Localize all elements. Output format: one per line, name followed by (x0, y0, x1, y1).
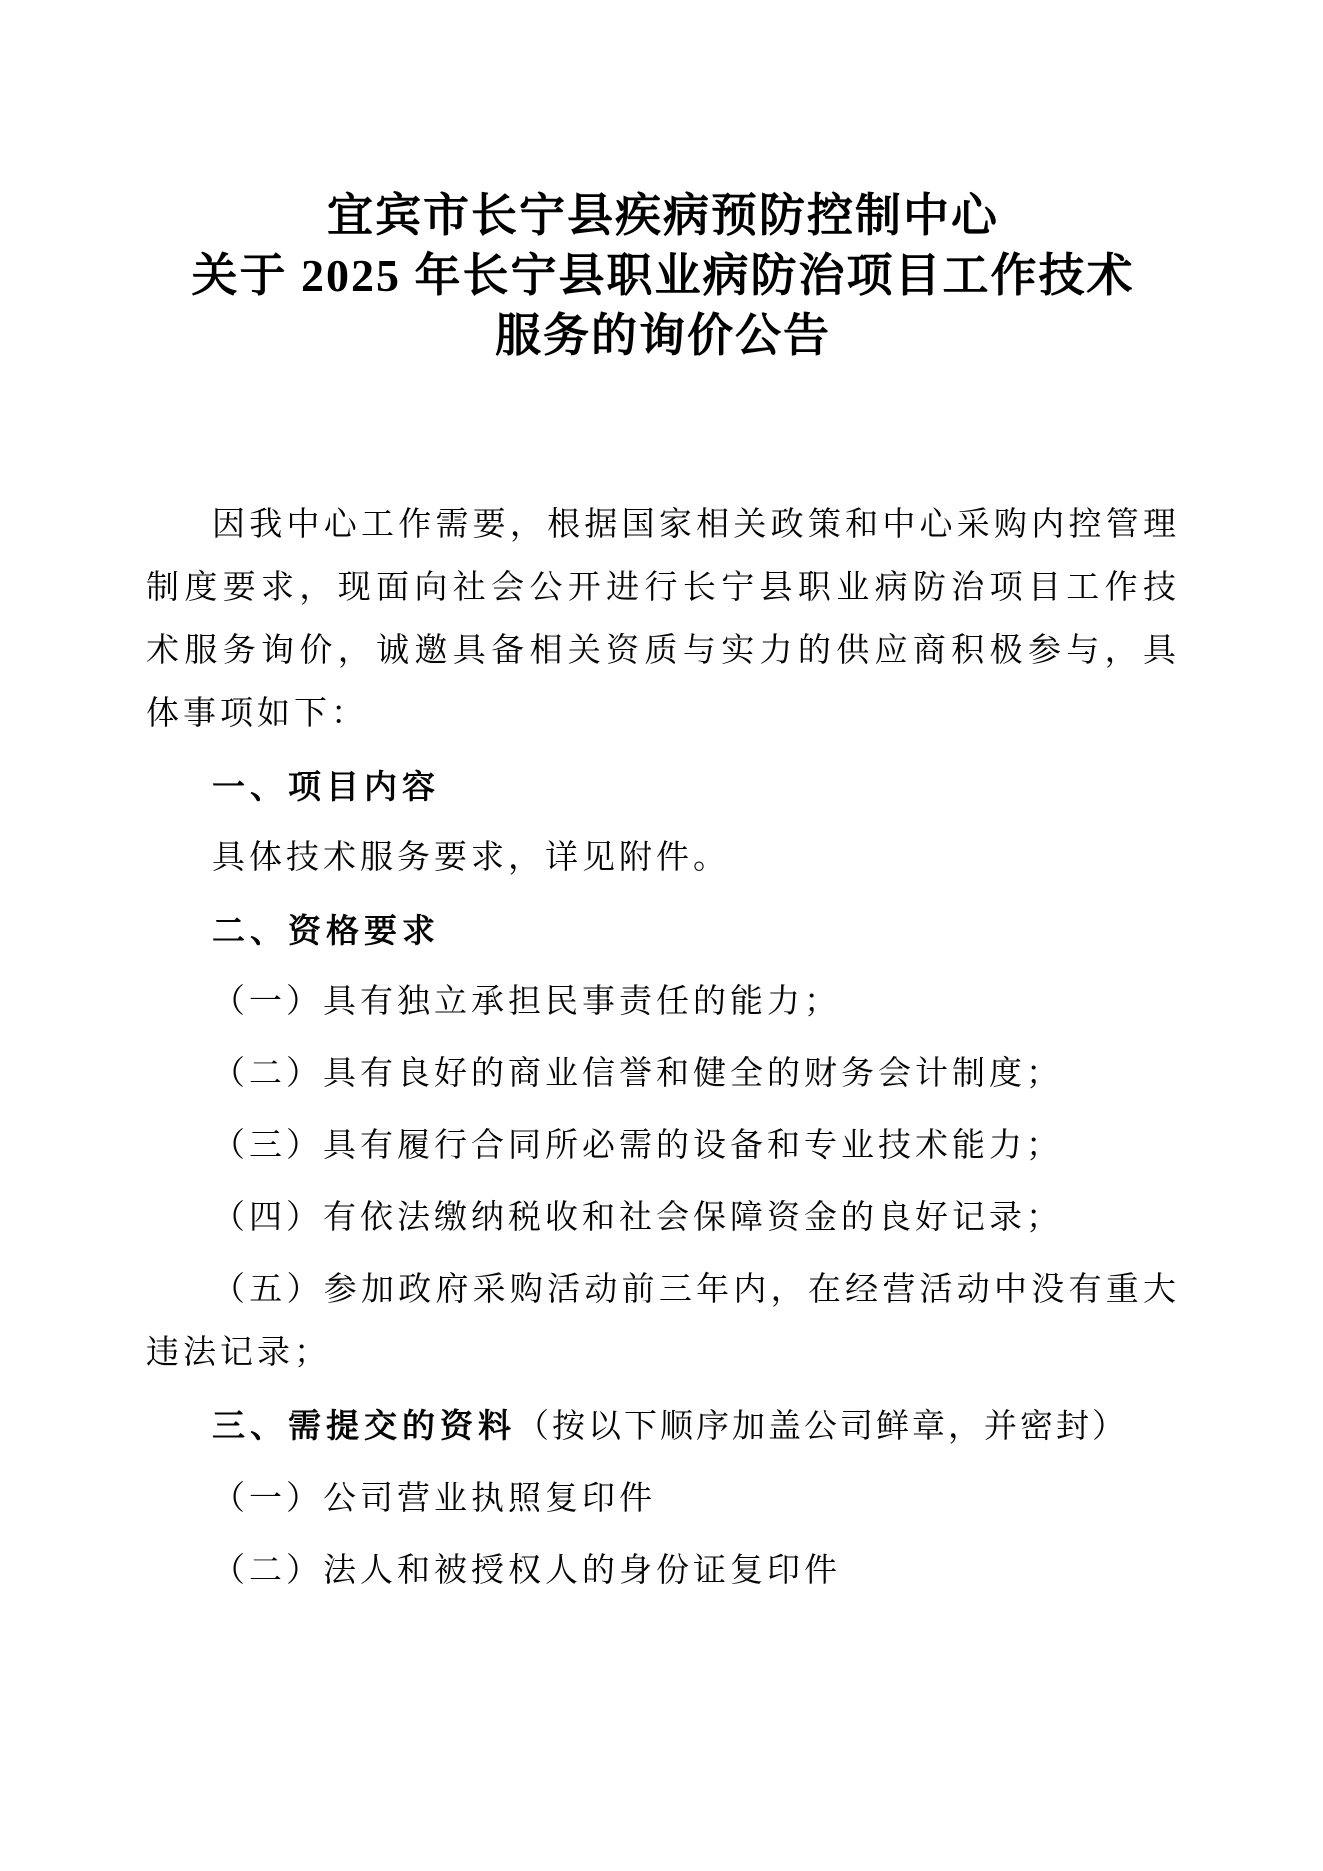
section-heading-1: 一、项目内容 (146, 755, 1180, 818)
intro-paragraph: 因我中心工作需要，根据国家相关政策和中心采购内控管理制度要求，现面向社会公开进行… (146, 494, 1180, 746)
section-1-item-1: 具体技术服务要求，详见附件。 (146, 827, 1180, 890)
section-heading-3: 三、需提交的资料（按以下顺序加盖公司鲜章，并密封） (146, 1394, 1180, 1459)
document-page: 宜宾市长宁县疾病预防控制中心 关于 2025 年长宁县职业病防治项目工作技术 服… (0, 0, 1323, 1871)
section-2-item-1: （一）具有独立承担民事责任的能力； (146, 971, 1180, 1034)
section-2-item-4: （四）有依法缴纳税收和社会保障资金的良好记录； (146, 1187, 1180, 1250)
title-line-2: 关于 2025 年长宁县职业病防治项目工作技术 (146, 246, 1180, 306)
title-line-1: 宜宾市长宁县疾病预防控制中心 (146, 186, 1180, 246)
section-heading-3-note: （按以下顺序加盖公司鲜章，并密封） (516, 1409, 1128, 1445)
document-title: 宜宾市长宁县疾病预防控制中心 关于 2025 年长宁县职业病防治项目工作技术 服… (146, 186, 1180, 366)
section-heading-3-label: 三、需提交的资料 (212, 1407, 516, 1444)
section-2-item-2: （二）具有良好的商业信誉和健全的财务会计制度； (146, 1043, 1180, 1106)
section-3-item-1: （一）公司营业执照复印件 (146, 1468, 1180, 1531)
section-2-item-5: （五）参加政府采购活动前三年内，在经营活动中没有重大违法记录； (146, 1259, 1180, 1385)
section-3-item-2: （二）法人和被授权人的身份证复印件 (146, 1540, 1180, 1603)
document-content: 宜宾市长宁县疾病预防控制中心 关于 2025 年长宁县职业病防治项目工作技术 服… (0, 0, 1323, 1603)
document-body: 因我中心工作需要，根据国家相关政策和中心采购内控管理制度要求，现面向社会公开进行… (146, 494, 1180, 1603)
title-line-3: 服务的询价公告 (146, 306, 1180, 366)
section-heading-2: 二、资格要求 (146, 899, 1180, 962)
section-2-item-3: （三）具有履行合同所必需的设备和专业技术能力； (146, 1115, 1180, 1178)
